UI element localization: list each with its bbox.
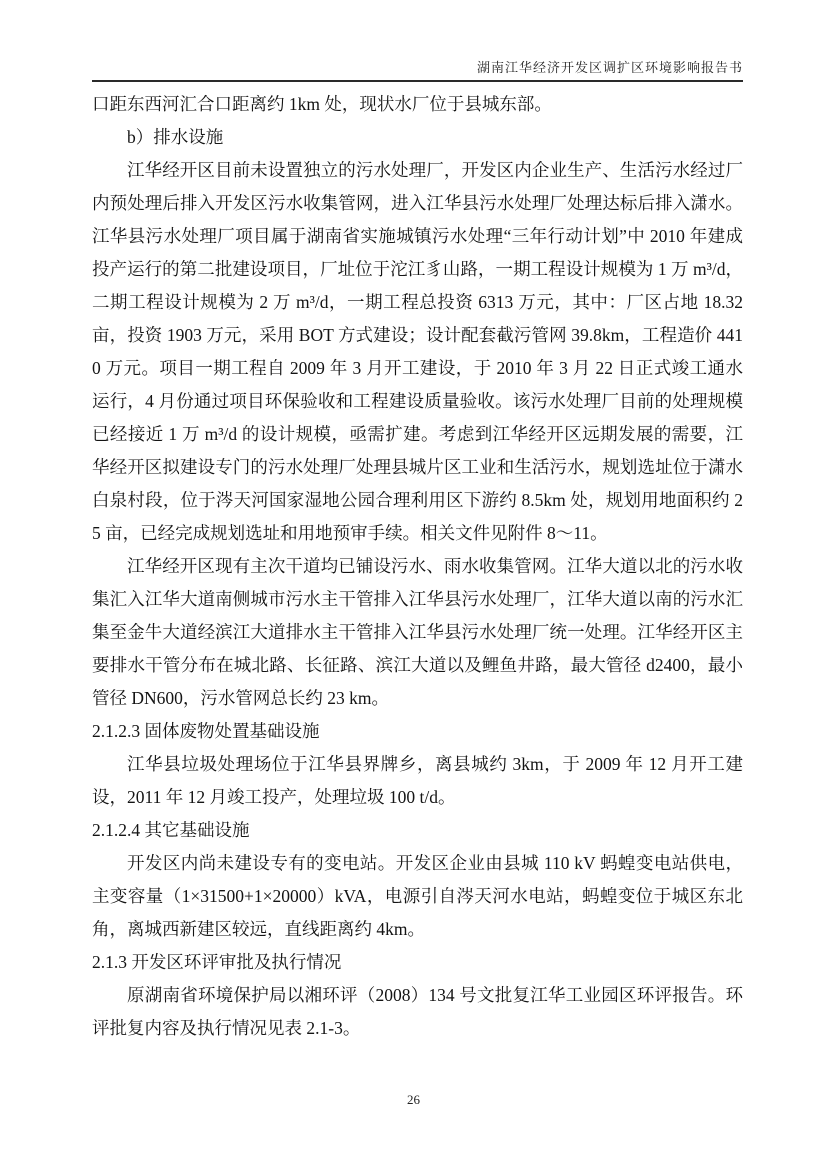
paragraph-heading: 2.1.2.3 固体废物处置基础设施	[92, 715, 743, 748]
paragraph-heading: 2.1.3 开发区环评审批及执行情况	[92, 946, 743, 979]
paragraph-body: 原湖南省环境保护局以湘环评（2008）134 号文批复江华工业园区环评报告。环评…	[92, 979, 743, 1045]
page-content: 口距东西河汇合口距离约 1km 处，现状水厂位于县城东部。b）排水设施江华经开区…	[92, 88, 743, 1045]
page-number: 26	[407, 1092, 420, 1107]
header-title: 湖南江华经济开发区调扩区环境影响报告书	[92, 57, 743, 76]
paragraph-continuation: 口距东西河汇合口距离约 1km 处，现状水厂位于县城东部。	[92, 88, 743, 121]
page-header: 湖南江华经济开发区调扩区环境影响报告书	[92, 0, 743, 82]
paragraph-subheading: b）排水设施	[92, 121, 743, 154]
document-page: 湖南江华经济开发区调扩区环境影响报告书 口距东西河汇合口距离约 1km 处，现状…	[0, 0, 827, 1169]
page-footer: 26	[0, 1091, 827, 1109]
paragraph-body: 开发区内尚未建设专有的变电站。开发区企业由县城 110 kV 蚂蝗变电站供电，主…	[92, 847, 743, 946]
paragraph-body: 江华县垃圾处理场位于江华县界牌乡，离县城约 3km，于 2009 年 12 月开…	[92, 748, 743, 814]
paragraph-body: 江华经开区现有主次干道均已铺设污水、雨水收集管网。江华大道以北的污水收集汇入江华…	[92, 550, 743, 715]
paragraph-heading: 2.1.2.4 其它基础设施	[92, 814, 743, 847]
paragraph-body: 江华经开区目前未设置独立的污水处理厂，开发区内企业生产、生活污水经过厂内预处理后…	[92, 154, 743, 550]
